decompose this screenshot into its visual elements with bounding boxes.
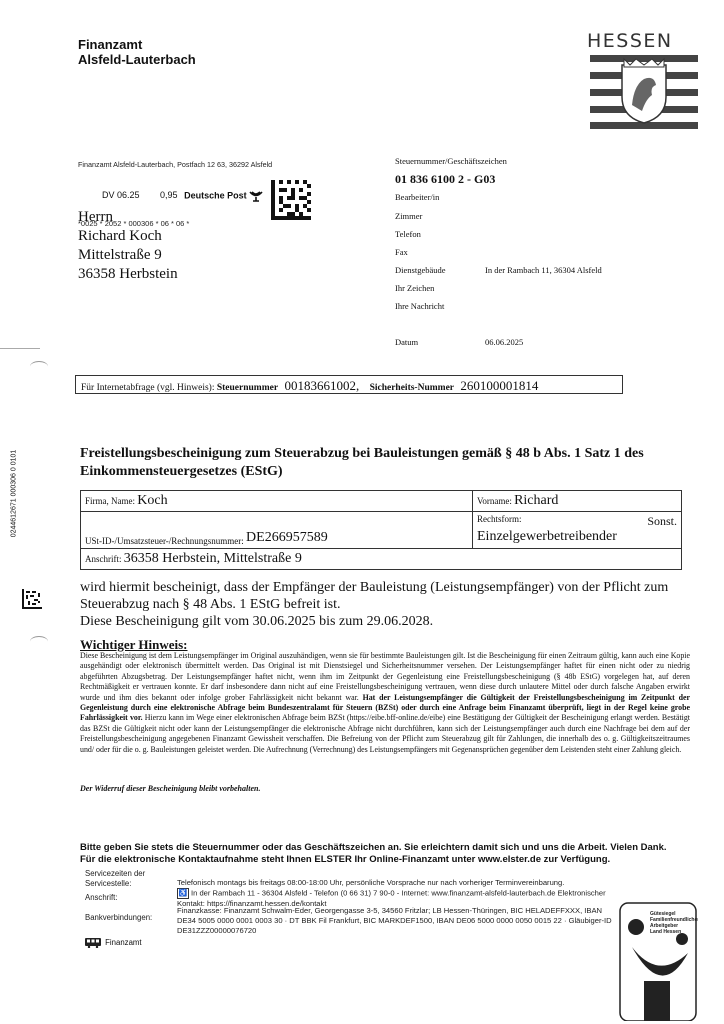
info-label-fax: Fax — [395, 247, 408, 257]
internet-query-prefix: Für Internetabfrage (vgl. Hinweis): — [81, 383, 214, 393]
certification-text: wird hiermit bescheinigt, dass der Empfä… — [80, 579, 690, 630]
legal-form-extra: Sonst. — [647, 514, 677, 529]
certification-validity: Diese Bescheinigung gilt vom 30.06.2025 … — [80, 613, 690, 630]
info-label-your-ref: Ihr Zeichen — [395, 283, 434, 293]
reference-value: 01 836 6100 2 - G03 — [395, 172, 495, 187]
post-horn-icon — [249, 190, 263, 202]
datamatrix-code — [271, 180, 311, 220]
info-label-building: Dienstgebäude — [395, 265, 446, 275]
bank-details: Finanzkasse: Finanzamt Schwalm-Eder, Geo… — [177, 906, 617, 936]
address-cell: Anschrift: 36358 Herbstein, Mittelstraße… — [81, 549, 681, 569]
footer-note-line1: Bitte geben Sie stets die Steuernummer o… — [80, 842, 700, 854]
side-tracking-code-text: 0244612671 000306 0 0101 — [10, 450, 17, 538]
vat-label: USt-ID-/Umsatzsteuer-/Rechnungsnummer: — [85, 536, 244, 546]
public-transport-info: Finanzamt — [85, 938, 142, 948]
internet-query-box: Für Internetabfrage (vgl. Hinweis): Steu… — [75, 375, 623, 394]
service-hours-text: Telefonisch montags bis freitags 08:00-1… — [177, 878, 617, 888]
firm-label: Firma, Name: — [85, 496, 135, 506]
postage-carrier: Deutsche Post — [184, 190, 247, 200]
recipient-table: Firma, Name: Koch Vorname: Richard USt-I… — [80, 490, 682, 570]
footer-note: Bitte geben Sie stets die Steuernummer o… — [80, 842, 700, 866]
security-number-label: Sicherheits-Nummer — [370, 383, 454, 393]
accessibility-icon: ♿ — [177, 888, 189, 899]
notice-body: Diese Bescheinigung ist dem Leistungsemp… — [80, 651, 690, 755]
first-name-cell: Vorname: Richard — [473, 491, 681, 511]
first-name-label: Vorname: — [477, 496, 512, 506]
franking-line: *0025 * 2052 * 000306 * 06 * 06 * — [78, 219, 189, 228]
office-name-line2: Alsfeld-Lauterbach — [78, 52, 196, 67]
state-logo-text: HESSEN — [587, 30, 673, 52]
vat-value: DE266957589 — [246, 530, 328, 546]
fold-mark — [0, 348, 40, 349]
side-datamatrix-code — [22, 588, 42, 610]
security-number-value: 260100001814 — [460, 378, 538, 393]
recipient-city: 36358 Herbstein — [78, 265, 178, 284]
address-value: 36358 Herbstein, Mittelstraße 9 — [124, 551, 302, 566]
svg-text:Land Hessen: Land Hessen — [650, 929, 681, 935]
footer-note-line2: Für die elektronische Kontaktaufnahme st… — [80, 854, 700, 866]
tax-number-label: Steuernummer — [217, 383, 278, 393]
date-value: 06.06.2025 — [485, 337, 523, 347]
address-footer-label: Anschrift: — [85, 893, 118, 903]
info-label-your-message: Ihre Nachricht — [395, 301, 444, 311]
firm-cell: Firma, Name: Koch — [81, 491, 473, 511]
legal-form-cell: Rechtsform: Sonst. Einzelgewerbetreibend… — [473, 512, 681, 548]
address-label: Anschrift: — [85, 554, 122, 564]
postage-code: DV 06.25 — [102, 190, 140, 200]
postage-line: DV 06.25 0,95 Deutsche Post — [102, 190, 263, 202]
punch-mark — [30, 361, 48, 372]
date-label: Datum — [395, 337, 418, 347]
punch-mark-2 — [30, 636, 48, 647]
office-name-line1: Finanzamt — [78, 37, 196, 52]
bus-icon — [85, 938, 101, 948]
info-label-clerk: Bearbeiter/in — [395, 192, 439, 202]
office-name: Finanzamt Alsfeld-Lauterbach — [78, 37, 196, 67]
tax-number-value: 00183661002, — [284, 378, 359, 393]
bus-stop-label: Finanzamt — [105, 938, 141, 947]
recipient-street: Mittelstraße 9 — [78, 246, 178, 265]
vat-cell: USt-ID-/Umsatzsteuer-/Rechnungsnummer: D… — [81, 512, 473, 548]
hessen-coat-of-arms-icon — [590, 55, 698, 129]
certification-line1: wird hiermit bescheinigt, dass der Empfä… — [80, 579, 690, 613]
notice-part2: Hierzu kann im Wege einer elektronischen… — [80, 713, 690, 753]
postage-amount: 0,95 — [160, 190, 178, 200]
firm-value: Koch — [137, 493, 167, 508]
info-label-phone: Telefon — [395, 229, 421, 239]
document-title: Freistellungsbescheinigung zum Steuerabz… — [80, 445, 690, 481]
legal-form-value: Einzelgewerbetreibender — [477, 529, 677, 545]
side-tracking-code: 0244612671 000306 0 0101 — [10, 440, 40, 560]
service-hours-label: Servicezeiten der Servicestelle: — [85, 869, 165, 889]
family-friendly-employer-seal: Gütesiegel Familienfreundlicher Arbeitge… — [618, 901, 698, 1021]
first-name-value: Richard — [514, 493, 558, 508]
info-label-room: Zimmer — [395, 211, 422, 221]
legal-form-label: Rechtsform: — [477, 514, 522, 529]
reference-label: Steuernummer/Geschäftszeichen — [395, 156, 507, 166]
revocation-note: Der Widerruf dieser Bescheinigung bleibt… — [80, 784, 260, 793]
recipient-name: Richard Koch — [78, 227, 178, 246]
info-value-building: In der Rambach 11, 36304 Alsfeld — [485, 265, 602, 275]
return-address: Finanzamt Alsfeld-Lauterbach, Postfach 1… — [78, 160, 272, 169]
bank-label: Bankverbindungen: — [85, 913, 152, 923]
